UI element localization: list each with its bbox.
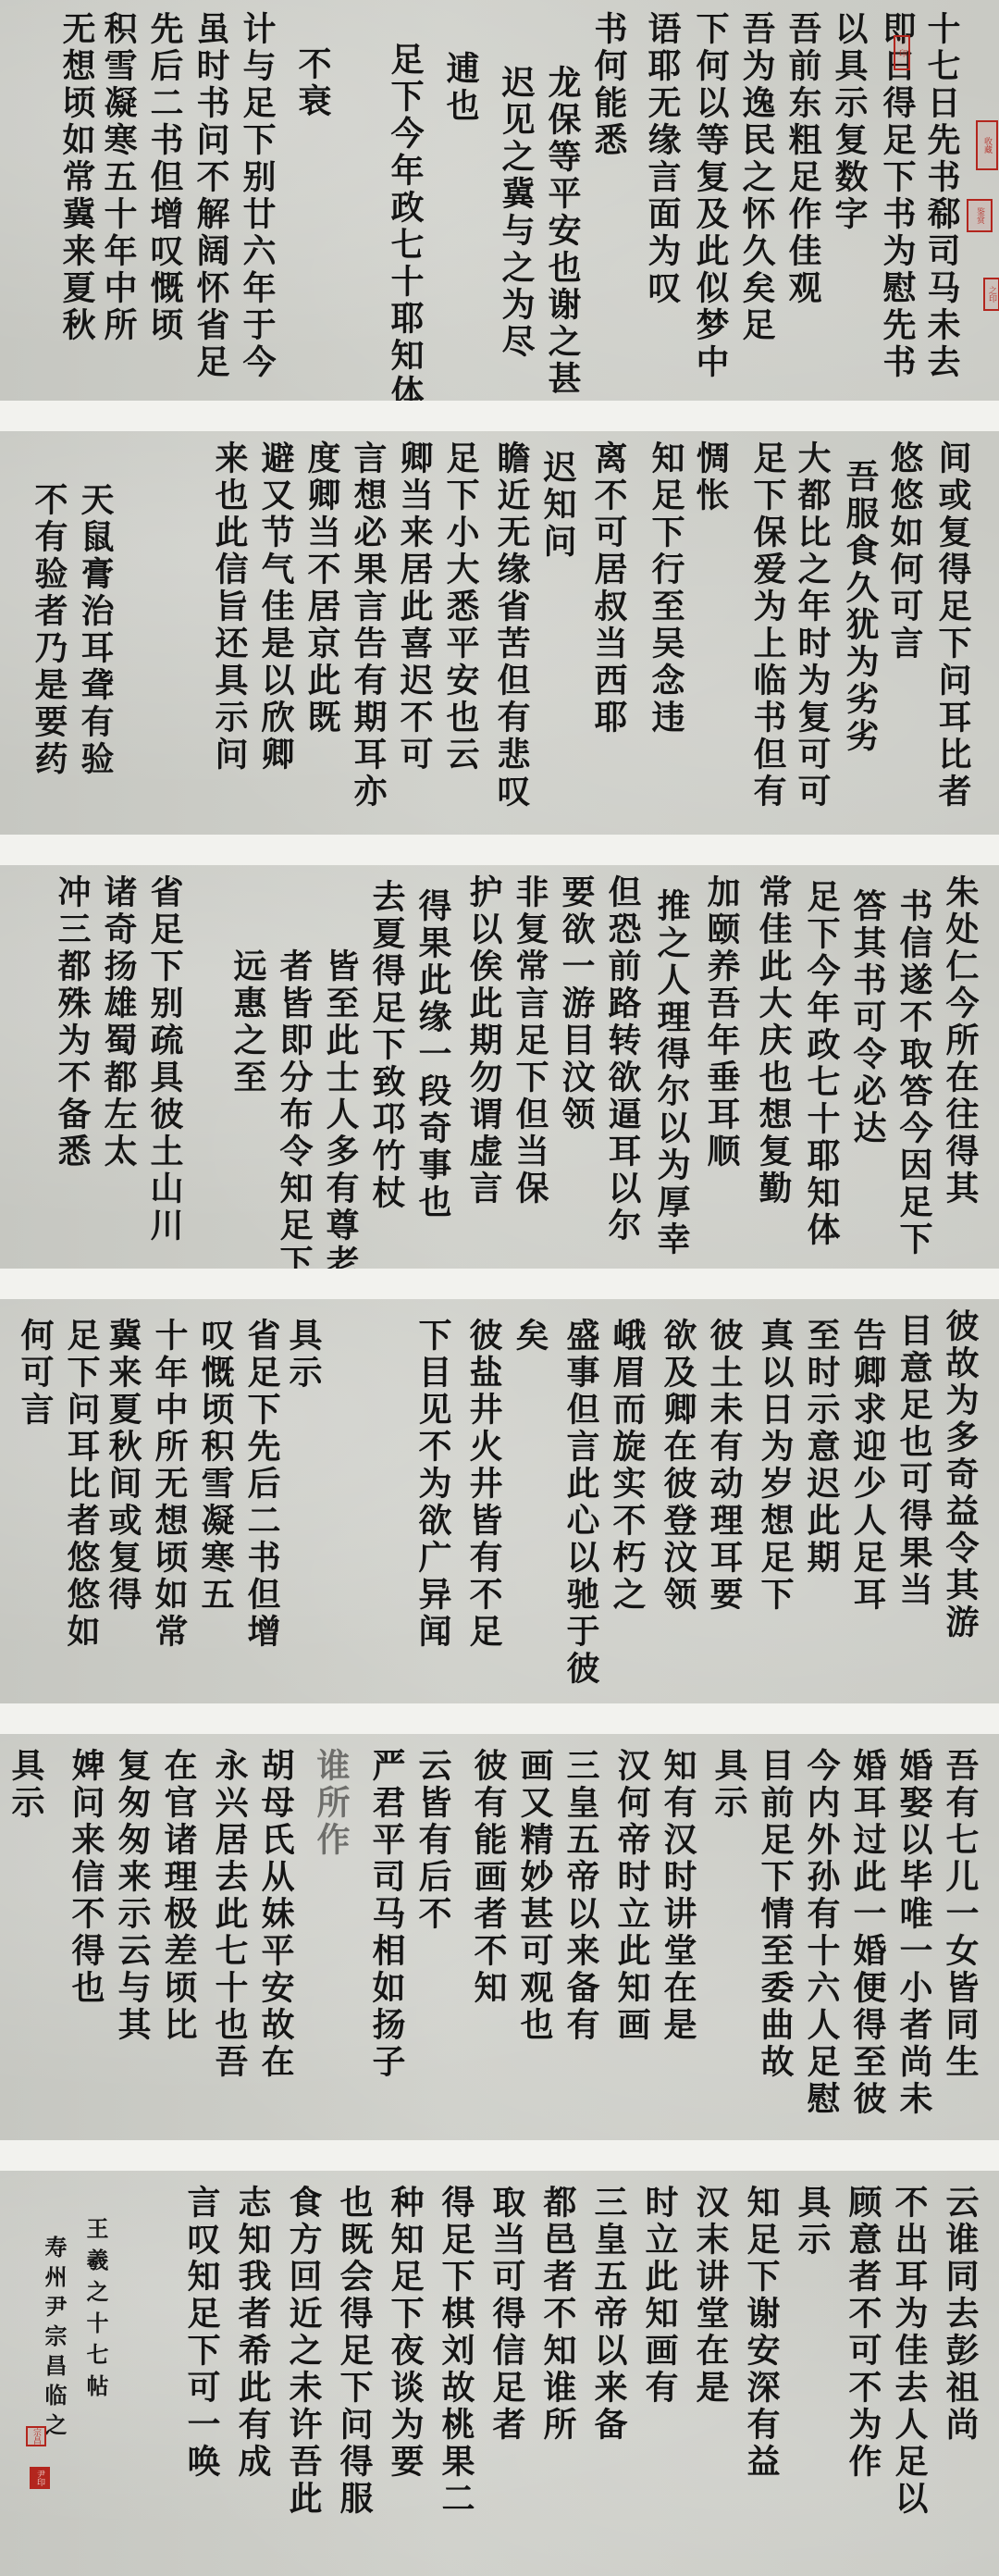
text-column: 不衰 bbox=[292, 46, 333, 120]
text-column: 取当可得信足者 bbox=[487, 2185, 527, 2444]
text-column: 语耶无缘言面为叹 bbox=[642, 11, 683, 307]
text-column: 婚娶以毕唯一小者尚未 bbox=[894, 1748, 934, 2118]
text-column: 彼故为多奇益令其游 bbox=[940, 1308, 980, 1641]
text-column: 峨眉而旋实不朽之 bbox=[607, 1318, 647, 1614]
text-column: 得果此缘一段奇事也 bbox=[413, 888, 453, 1221]
colophon-title: 王羲之十七帖 bbox=[75, 2217, 116, 2406]
text-column: 远惠之至 bbox=[228, 948, 268, 1096]
text-column: 避又节气佳是以欣卿 bbox=[255, 440, 296, 774]
text-column: 迟知问 bbox=[537, 450, 578, 561]
scroll-panel-2: 间或复得足下问耳比者 悠悠如何可言 吾服食久犹为劣劣 大都比之年时为复可可 足下… bbox=[0, 431, 999, 835]
text-column: 告卿求迎少人足耳 bbox=[847, 1318, 888, 1614]
colophon-signature: 寿州尹宗昌临之 bbox=[33, 2235, 74, 2443]
text-column: 顾意者不可不为作 bbox=[843, 2185, 883, 2481]
text-column: 逋也 bbox=[440, 51, 481, 125]
text-column: 彼有能画者不知 bbox=[468, 1748, 509, 2007]
text-column: 卿当来居此喜迟不可 bbox=[394, 440, 435, 774]
text-column: 都邑者不知谁所 bbox=[537, 2185, 578, 2444]
text-column: 胡母氏从妹平安故在 bbox=[255, 1748, 296, 2081]
text-column: 来也此信旨还具示问 bbox=[209, 440, 250, 774]
scroll-panel-5: 吾有七儿一女皆同生 婚娶以毕唯一小者尚未 婚耳过此一婚便得至彼 今内外孙有十六人… bbox=[0, 1734, 999, 2140]
text-column: 去夏得足下致邛竹杖 bbox=[366, 879, 407, 1212]
text-column: 省足下别疏具彼土山川 bbox=[144, 874, 185, 1245]
text-column: 汉末讲堂在是 bbox=[690, 2185, 731, 2407]
text-column: 彼盐井火井皆有不足 bbox=[463, 1318, 504, 1651]
text-column: 先后二书但增叹慨顷 bbox=[144, 11, 185, 344]
text-column: 汉何帝时立此知画 bbox=[611, 1748, 652, 2044]
text-column: 虽时书问不解阔怀省足 bbox=[191, 11, 231, 381]
text-column: 婢问来信不得也 bbox=[66, 1748, 106, 2007]
text-column: 永兴居去此七十也吾 bbox=[209, 1748, 250, 2081]
seal-stamp: 宗昌 bbox=[26, 2426, 46, 2446]
text-column: 言想必果言告有期耳亦 bbox=[348, 440, 388, 811]
text-column: 以具示复数字 bbox=[829, 11, 869, 233]
text-column: 三皇五帝以来备 bbox=[588, 2185, 629, 2444]
text-column: 矣 bbox=[510, 1318, 550, 1355]
text-column: 无想顷如常冀来夏秋 bbox=[56, 11, 97, 344]
text-column: 冲三都殊为不备悉 bbox=[52, 874, 92, 1170]
text-column: 但恐前路转欲逼耳以尔 bbox=[602, 874, 643, 1245]
text-column: 度卿当不居京此既 bbox=[302, 440, 342, 737]
text-column: 下目见不为欲广异闻 bbox=[413, 1318, 453, 1651]
text-column: 叹慨顷积雪凝寒五 bbox=[195, 1318, 236, 1614]
text-column: 要欲一游目汶领 bbox=[556, 874, 597, 1133]
text-column: 积雪凝寒五十年中所 bbox=[98, 11, 139, 344]
text-column: 悠悠如何可言 bbox=[884, 440, 925, 663]
text-column: 在官诸理极差顷比 bbox=[158, 1748, 199, 2044]
text-column: 皆至此士人多有尊老 bbox=[320, 948, 361, 1269]
text-column: 盛事但言此心以驰于彼 bbox=[561, 1318, 601, 1688]
text-column: 推之人理得尔以为厚幸 bbox=[651, 888, 692, 1258]
text-column: 种知足下夜谈为要 bbox=[385, 2185, 425, 2481]
text-column: 答其书可令必达 bbox=[847, 888, 888, 1147]
text-column: 今内外孙有十六人足慰 bbox=[801, 1748, 842, 2118]
text-column: 书信遂不取答今因足下 bbox=[894, 888, 934, 1258]
text-column: 具示 bbox=[709, 1748, 749, 1822]
text-column: 志知我者希此有成 bbox=[232, 2185, 273, 2481]
text-column: 者皆即分布令知足下 bbox=[274, 948, 314, 1269]
text-column: 护以俟此期勿谓虚言 bbox=[463, 874, 504, 1207]
text-column: 彼土未有动理耳要 bbox=[704, 1318, 745, 1614]
text-column: 知有汉时讲堂在是 bbox=[658, 1748, 698, 2044]
text-column: 具示 bbox=[283, 1318, 324, 1392]
text-column: 谁所作 bbox=[311, 1748, 351, 1859]
text-column: 瞻近无缘省苦但有悲叹 bbox=[491, 440, 532, 811]
text-column: 真以日为岁想足下 bbox=[755, 1318, 795, 1614]
text-column: 非复常言足下但当保 bbox=[510, 874, 550, 1207]
text-column: 至时示意迟此期 bbox=[801, 1318, 842, 1577]
text-column: 得足下棋刘故桃果二 bbox=[436, 2185, 476, 2518]
text-column: 吾有七儿一女皆同生 bbox=[940, 1748, 980, 2081]
text-column: 龙保等平安也谢之甚 bbox=[542, 65, 583, 398]
text-column: 具示 bbox=[6, 1748, 46, 1822]
text-column: 知足下谢安深有益 bbox=[741, 2185, 782, 2481]
text-column: 常佳此大庆也想复勤 bbox=[753, 874, 794, 1207]
text-column: 冀来夏秋间或复得 bbox=[103, 1318, 143, 1614]
text-column: 足下今年政七十耶知体 bbox=[385, 42, 425, 401]
scroll-panel-6: 云谁同去彭祖尚 不出耳为佳去人足以 顾意者不可不为作 具示 知足下谢安深有益 汉… bbox=[0, 2171, 999, 2576]
text-column: 离不可居叔当西耶 bbox=[588, 440, 629, 737]
text-column: 三皇五帝以来备有 bbox=[561, 1748, 601, 2044]
text-column: 吾为逸民之怀久矣足 bbox=[736, 11, 777, 344]
text-column: 目意足也可得果当 bbox=[894, 1313, 934, 1609]
text-column: 具示 bbox=[792, 2185, 832, 2259]
text-column: 天鼠膏治耳聋有验 bbox=[75, 482, 116, 778]
seal-stamp: 收藏 bbox=[976, 120, 998, 170]
text-column: 不出耳为佳去人足以 bbox=[889, 2185, 930, 2518]
text-column: 婚耳过此一婚便得至彼 bbox=[847, 1748, 888, 2118]
text-column: 下何以等复及此似梦中 bbox=[690, 11, 731, 381]
text-column: 不有验者乃是要药 bbox=[29, 482, 69, 778]
text-column: 也既会得足下问得服 bbox=[334, 2185, 375, 2518]
text-column: 吾前东粗足作佳观 bbox=[783, 11, 823, 307]
scroll-panel-3: 朱处仁今所在往得其 书信遂不取答今因足下 答其书可令必达 足下今年政七十耶知体 … bbox=[0, 865, 999, 1269]
text-column: 诸奇扬雄蜀都左太 bbox=[98, 874, 139, 1170]
text-column: 足下小大悉平安也云 bbox=[440, 440, 481, 774]
text-column: 食方回近之未许吾此 bbox=[283, 2185, 324, 2518]
text-column: 间或复得足下问耳比者 bbox=[932, 440, 973, 811]
text-column: 大都比之年时为复可可 bbox=[792, 440, 832, 811]
text-column: 画又精妙甚可观也 bbox=[514, 1748, 555, 2044]
text-column: 计与足下别廿六年于今 bbox=[237, 11, 277, 381]
seal-stamp: 印 bbox=[894, 35, 910, 70]
text-column: 复匆匆来示云与其 bbox=[112, 1748, 153, 2044]
text-column: 加颐养吾年垂耳顺 bbox=[701, 874, 742, 1170]
seal-stamp: 之印 bbox=[983, 278, 999, 311]
text-column: 足下保爱为上临书但有 bbox=[747, 440, 788, 811]
text-column: 惆怅 bbox=[690, 440, 731, 514]
text-column: 欲及卿在彼登汶领 bbox=[658, 1318, 698, 1614]
text-column: 朱处仁今所在往得其 bbox=[940, 874, 980, 1207]
text-column: 严君平司马相如扬子 bbox=[366, 1748, 407, 2081]
scroll-panel-1: 十七日先书郗司马未去 即日得足下书为慰先书 以具示复数字 吾前东粗足作佳观 吾为… bbox=[0, 0, 999, 401]
text-column: 省足下先后二书但增 bbox=[241, 1318, 282, 1651]
text-column: 书何能悉 bbox=[588, 11, 629, 159]
text-column: 吾服食久犹为劣劣 bbox=[840, 459, 881, 755]
text-column: 足下今年政七十耶知体 bbox=[801, 879, 842, 1249]
text-column: 云皆有后不 bbox=[413, 1748, 453, 1933]
seal-stamp: 尹印 bbox=[30, 2467, 50, 2489]
text-column: 目前足下情至委曲故 bbox=[755, 1748, 795, 2081]
text-column: 知足下行至吴念违 bbox=[646, 440, 686, 737]
text-column: 言叹知足下可一唤 bbox=[181, 2185, 222, 2481]
text-column: 云谁同去彭祖尚 bbox=[940, 2185, 980, 2444]
text-column: 时立此知画有 bbox=[639, 2185, 680, 2407]
scroll-panel-4: 彼故为多奇益令其游 目意足也可得果当 告卿求迎少人足耳 至时示意迟此期 真以日为… bbox=[0, 1299, 999, 1703]
text-column: 何可言 bbox=[15, 1318, 55, 1429]
text-column: 足下问耳比者悠悠如 bbox=[61, 1318, 102, 1651]
text-column: 十年中所无想顷如常 bbox=[149, 1318, 190, 1651]
text-column: 迟见之冀与之为尽 bbox=[496, 65, 536, 361]
text-column: 十七日先书郗司马未去 bbox=[921, 11, 962, 381]
seal-stamp: 鉴赏 bbox=[967, 199, 993, 232]
